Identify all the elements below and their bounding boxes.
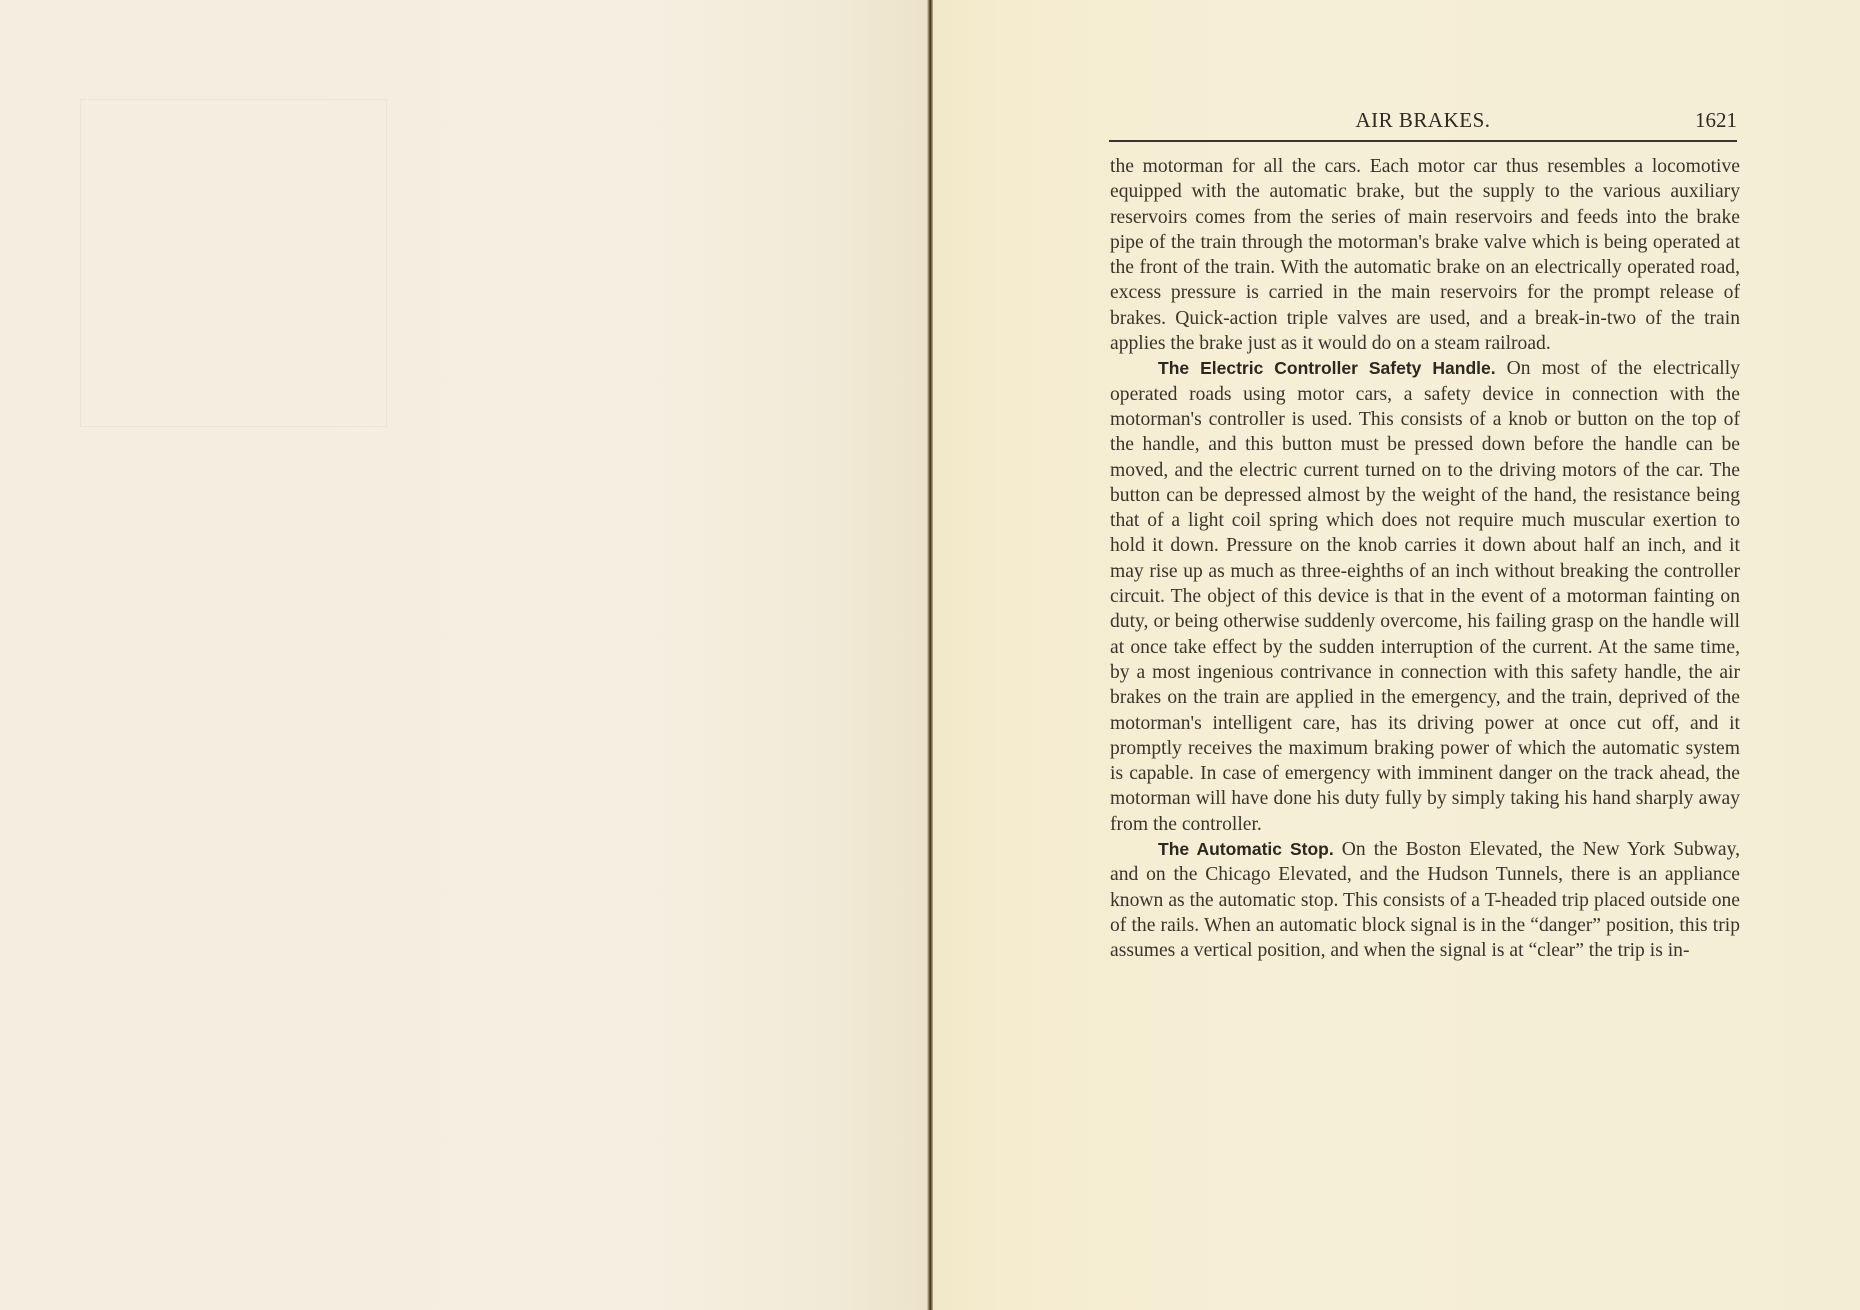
running-head-title: AIR BRAKES. <box>1109 108 1737 133</box>
paragraph-safety-handle: The Electric Controller Safety Handle. O… <box>1110 356 1740 837</box>
paragraph-text: the motorman for all the cars. Each moto… <box>1110 156 1740 354</box>
running-head: AIR BRAKES. 1621 <box>1109 104 1737 142</box>
section-heading: The Electric Controller Safety Handle. <box>1158 358 1496 378</box>
paragraph-text: On most of the electrically operated roa… <box>1110 358 1740 834</box>
page-number: 1621 <box>1695 108 1737 133</box>
paragraph-automatic-stop: The Automatic Stop. On the Boston Elevat… <box>1110 837 1740 963</box>
paragraph-continuation: the motorman for all the cars. Each moto… <box>1110 154 1740 356</box>
book-spread: AIR BRAKES. 1621 the motorman for all th… <box>0 0 1860 1310</box>
right-page: AIR BRAKES. 1621 the motorman for all th… <box>933 0 1860 1310</box>
show-through-plate-outline <box>80 99 387 427</box>
body-text: the motorman for all the cars. Each moto… <box>1110 154 1740 964</box>
left-page-blank <box>0 0 927 1310</box>
section-heading: The Automatic Stop. <box>1158 839 1334 859</box>
